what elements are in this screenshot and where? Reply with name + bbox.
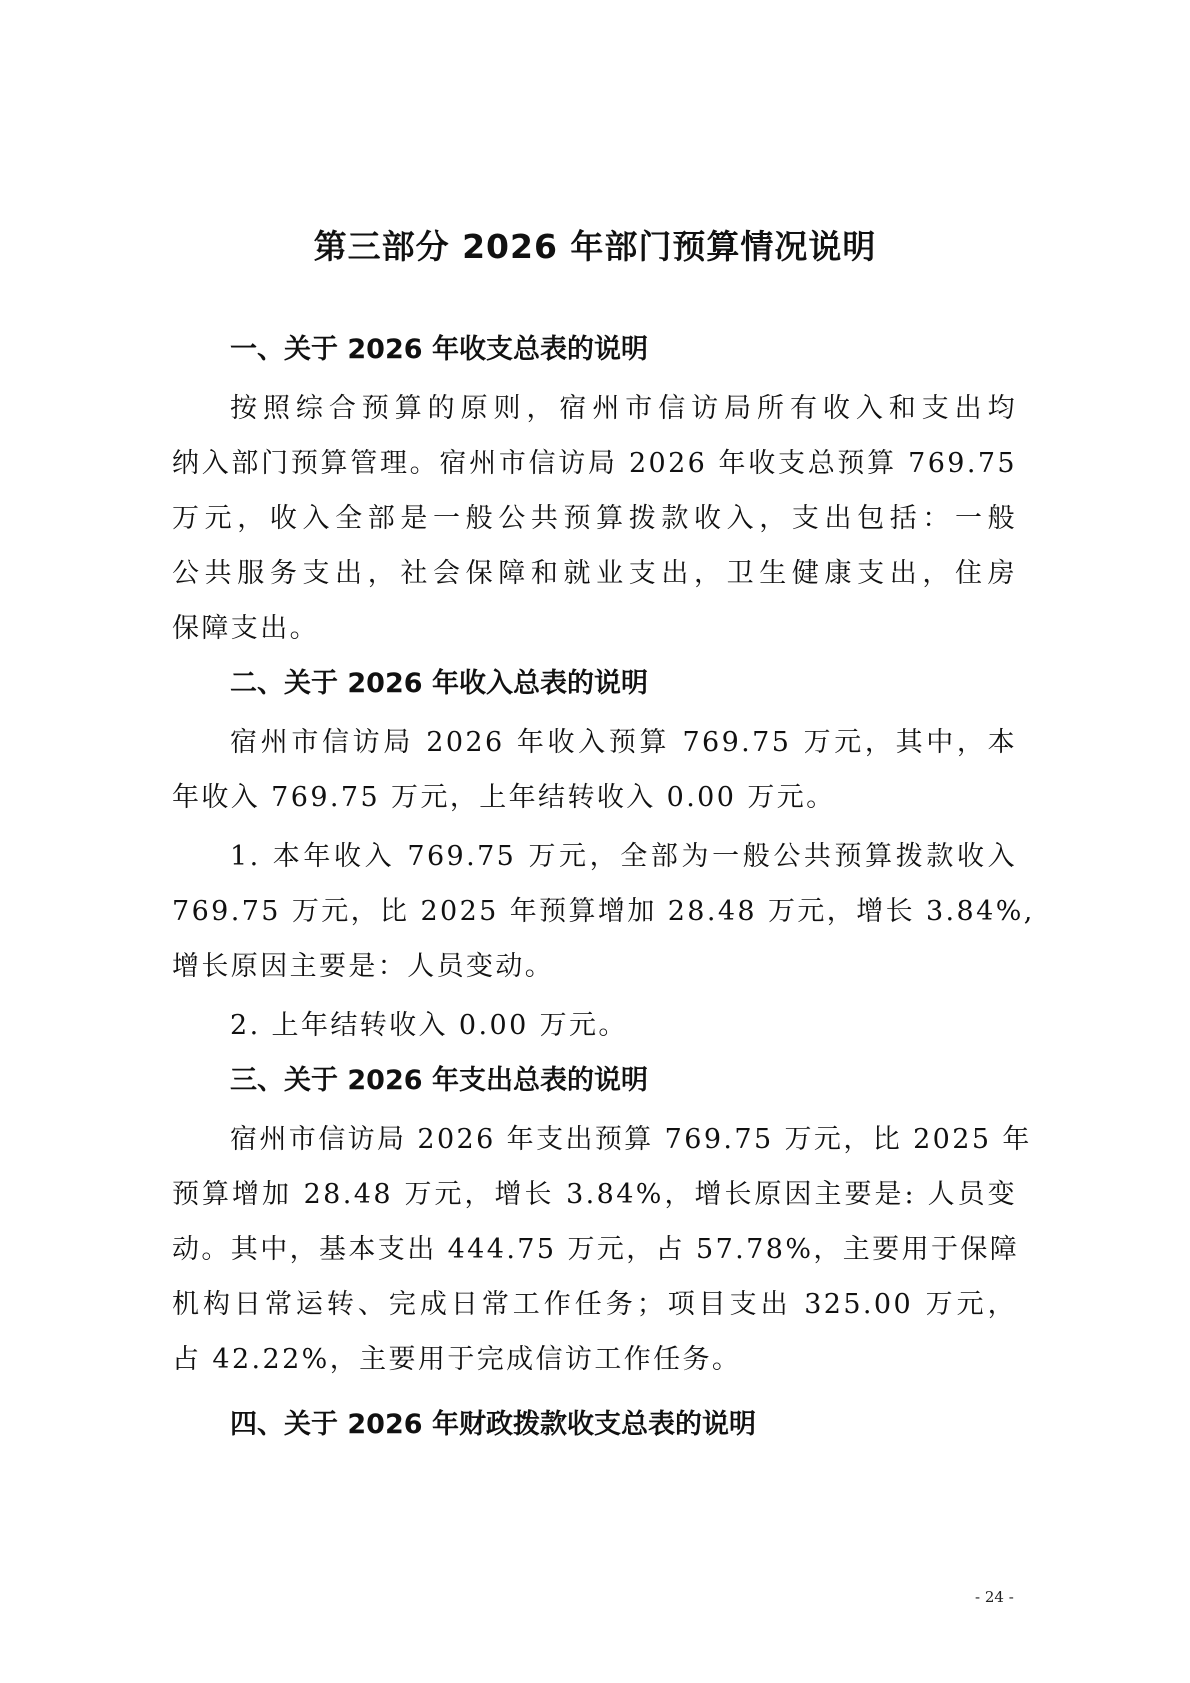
text-line: 保障支出。	[172, 601, 1017, 656]
page-number: - 24 -	[975, 1588, 1014, 1606]
document-page: 第三部分 2026 年部门预算情况说明 一、关于 2026 年收支总表的说明 按…	[0, 0, 1190, 1683]
section-3-paragraph: 宿州市信访局 2026 年支出预算 769.75 万元，比 2025 年 预算增…	[172, 1112, 1017, 1387]
text-line: 年收入 769.75 万元，上年结转收入 0.00 万元。	[172, 770, 1017, 825]
text-line: 动。其中，基本支出 444.75 万元，占 57.78%，主要用于保障	[172, 1222, 1017, 1277]
section-2-paragraph-3: 2. 上年结转收入 0.00 万元。	[172, 998, 1017, 1053]
text-line: 机构日常运转、完成日常工作任务；项目支出 325.00 万元，	[172, 1277, 1017, 1332]
text-line: 769.75 万元，比 2025 年预算增加 28.48 万元，增长 3.84%…	[172, 884, 1017, 939]
section-heading-3: 三、关于 2026 年支出总表的说明	[172, 1053, 1017, 1108]
document-body: 一、关于 2026 年收支总表的说明 按照综合预算的原则，宿州市信访局所有收入和…	[172, 322, 1017, 1452]
text-line: 公共服务支出，社会保障和就业支出，卫生健康支出，住房	[172, 546, 1017, 601]
section-heading-1: 一、关于 2026 年收支总表的说明	[172, 322, 1017, 377]
section-heading-2: 二、关于 2026 年收入总表的说明	[172, 656, 1017, 711]
section-2-paragraph-1: 宿州市信访局 2026 年收入预算 769.75 万元，其中，本 年收入 769…	[172, 715, 1017, 825]
text-line: 1. 本年收入 769.75 万元，全部为一般公共预算拨款收入	[172, 829, 1017, 884]
page-title: 第三部分 2026 年部门预算情况说明	[0, 222, 1190, 272]
text-line: 2. 上年结转收入 0.00 万元。	[172, 998, 1017, 1053]
text-line: 增长原因主要是：人员变动。	[172, 939, 1017, 994]
text-line: 纳入部门预算管理。宿州市信访局 2026 年收支总预算 769.75	[172, 436, 1017, 491]
section-heading-4: 四、关于 2026 年财政拨款收支总表的说明	[172, 1397, 1017, 1452]
section-1-paragraph: 按照综合预算的原则，宿州市信访局所有收入和支出均 纳入部门预算管理。宿州市信访局…	[172, 381, 1017, 656]
text-line: 万元，收入全部是一般公共预算拨款收入，支出包括：一般	[172, 491, 1017, 546]
text-line: 预算增加 28.48 万元，增长 3.84%，增长原因主要是: 人员变	[172, 1167, 1017, 1222]
section-2-paragraph-2: 1. 本年收入 769.75 万元，全部为一般公共预算拨款收入 769.75 万…	[172, 829, 1017, 994]
text-line: 宿州市信访局 2026 年收入预算 769.75 万元，其中，本	[172, 715, 1017, 770]
text-line: 占 42.22%，主要用于完成信访工作任务。	[172, 1332, 1017, 1387]
text-line: 按照综合预算的原则，宿州市信访局所有收入和支出均	[172, 381, 1017, 436]
text-line: 宿州市信访局 2026 年支出预算 769.75 万元，比 2025 年	[172, 1112, 1017, 1167]
